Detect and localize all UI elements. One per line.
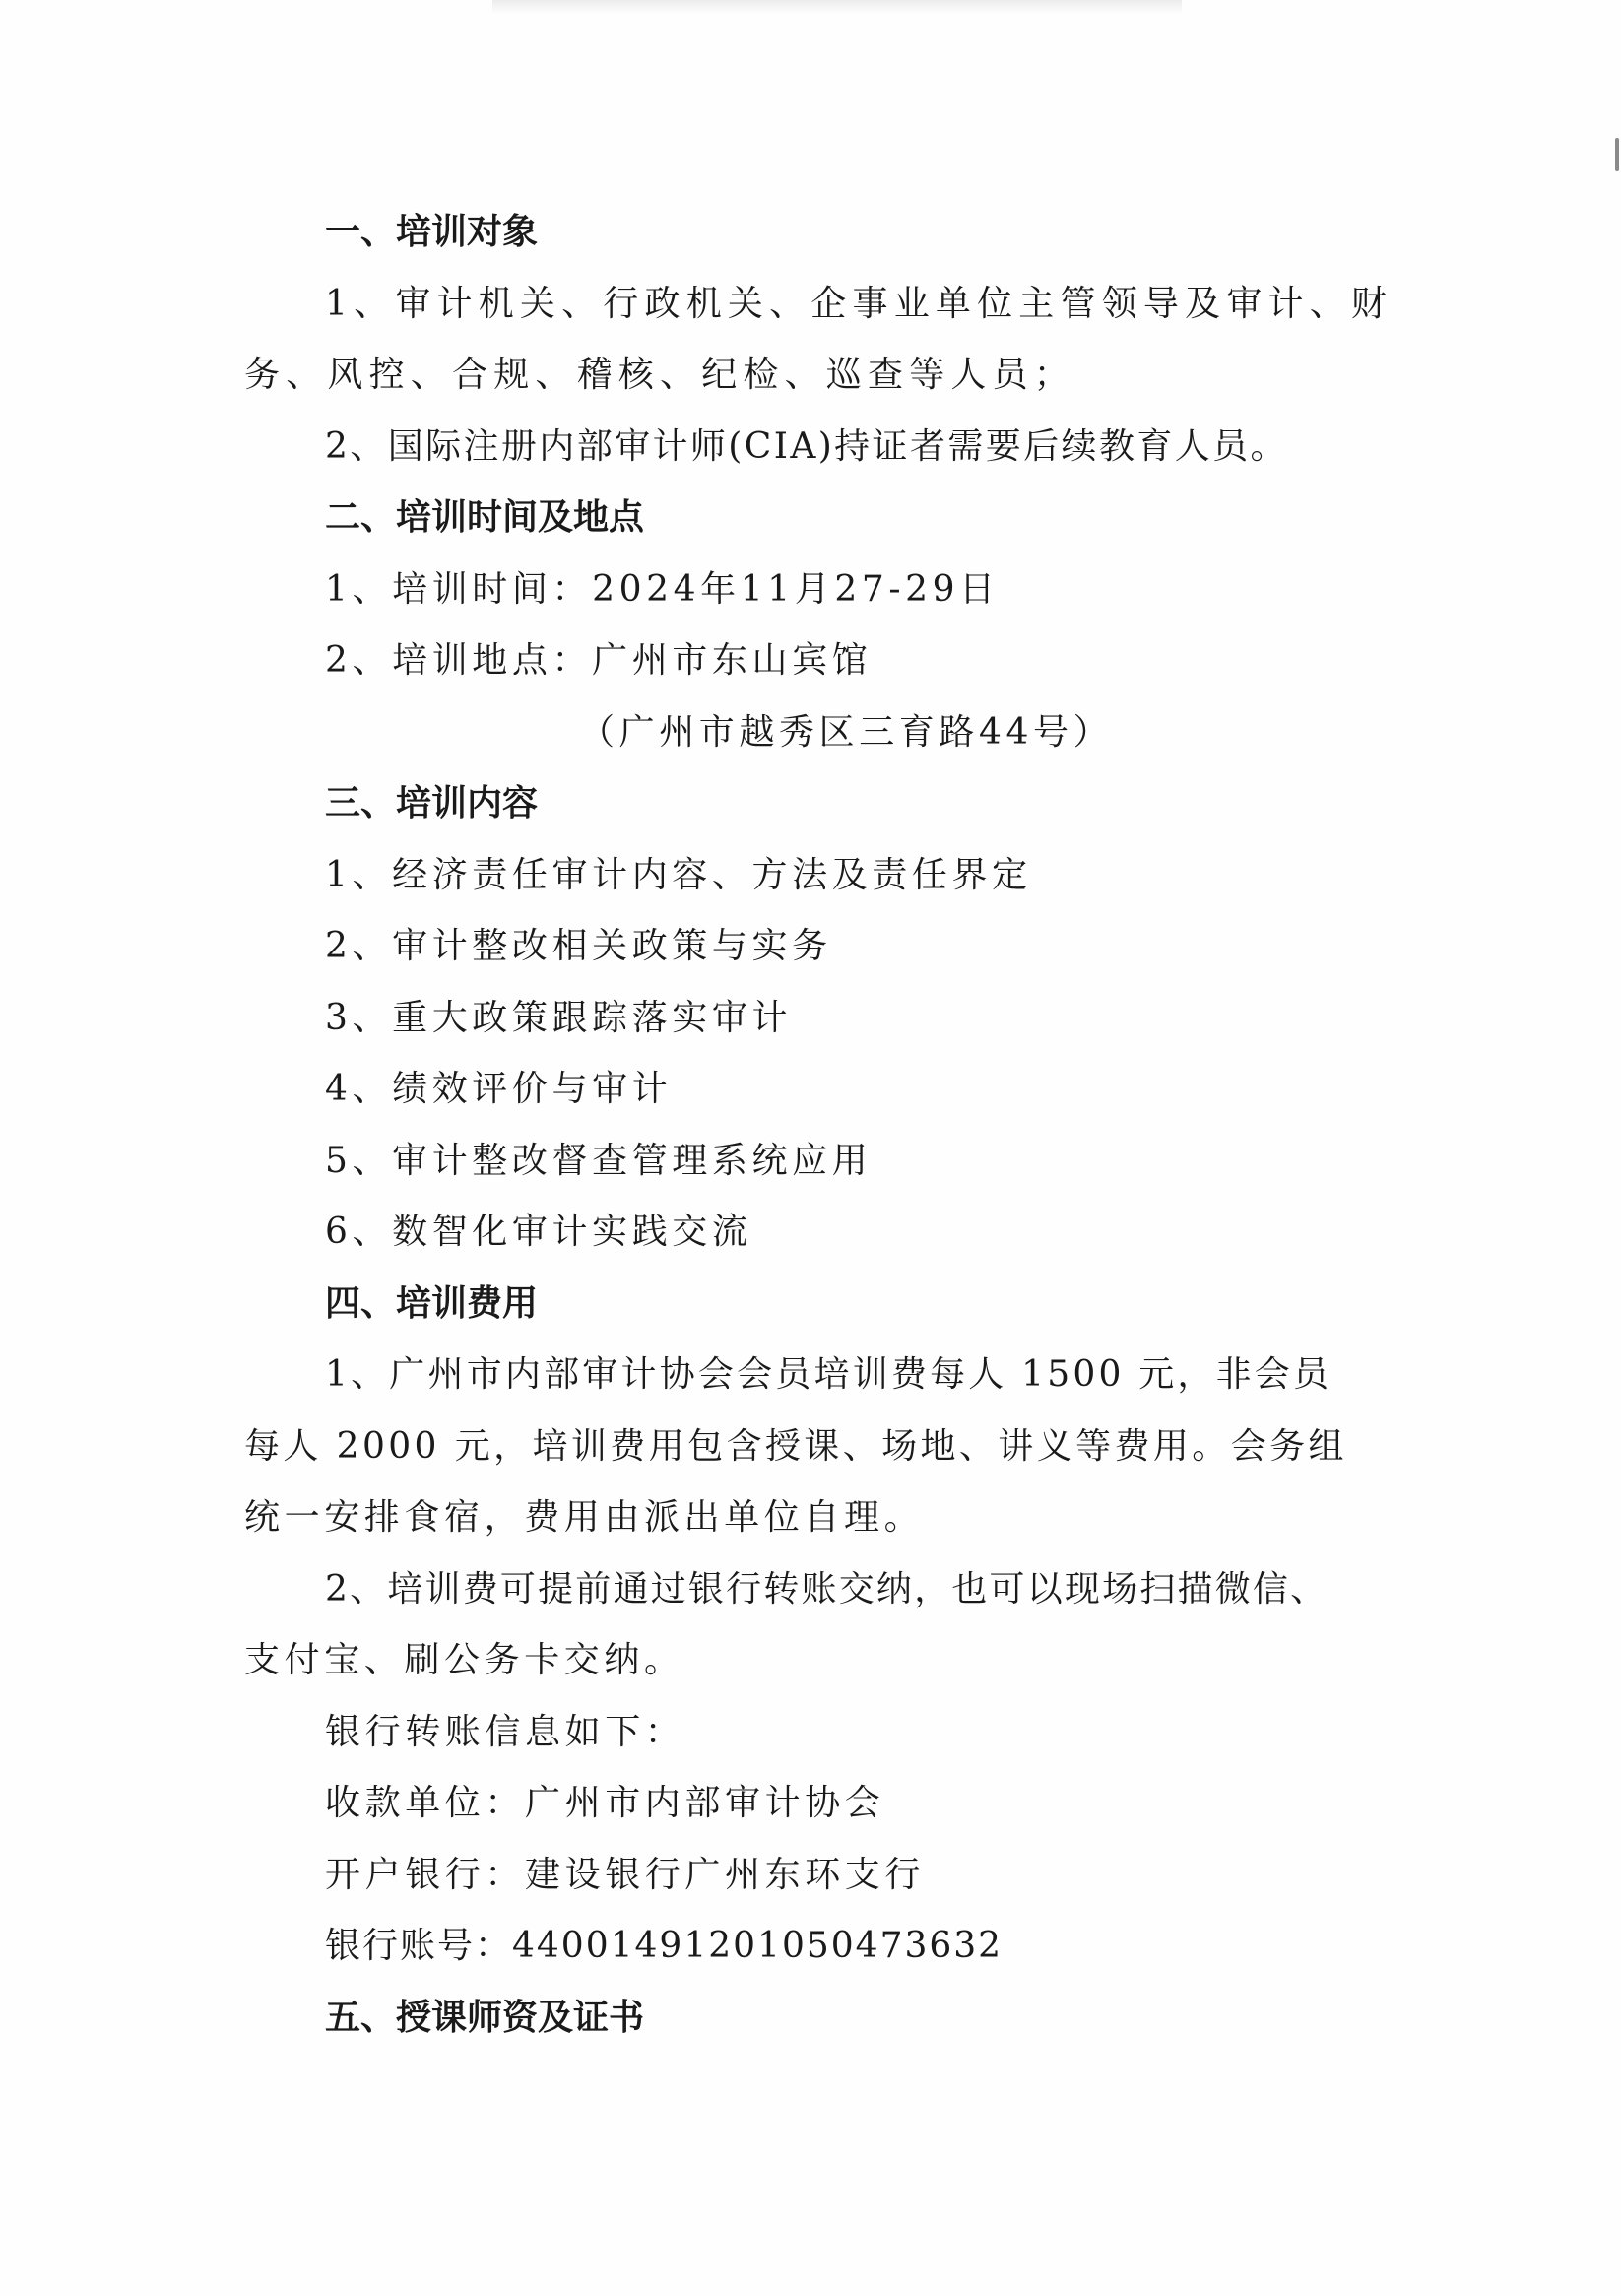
paragraph-line: 1、审计机关、行政机关、企事业单位主管领导及审计、财 — [244, 269, 1387, 341]
section-heading-time-location: 二、培训时间及地点 — [244, 483, 1387, 555]
content-item: 5、审计整改督查管理系统应用 — [244, 1126, 1387, 1198]
content-item: 6、数智化审计实践交流 — [244, 1197, 1387, 1269]
paragraph-line: 1、广州市内部审计协会会员培训费每人 1500 元，非会员 — [244, 1340, 1387, 1411]
paragraph-line: 2、国际注册内部审计师(CIA)持证者需要后续教育人员。 — [244, 412, 1387, 484]
training-address-line: （广州市越秀区三育路44号） — [244, 697, 1387, 769]
content-item: 4、绩效评价与审计 — [244, 1054, 1387, 1126]
training-time-line: 1、培训时间：2024年11月27-29日 — [244, 555, 1387, 626]
bank-account-line: 银行账号：44001491201050473632 — [244, 1911, 1387, 1983]
section-heading-instructors-certificate: 五、授课师资及证书 — [244, 1983, 1387, 2055]
scan-edge-mark — [1615, 138, 1619, 171]
content-item: 3、重大政策跟踪落实审计 — [244, 983, 1387, 1055]
paragraph-line: 统一安排食宿，费用由派出单位自理。 — [244, 1482, 1387, 1554]
scanned-page: 一、培训对象 1、审计机关、行政机关、企事业单位主管领导及审计、财 务、风控、合… — [0, 0, 1621, 2296]
bank-info-label: 银行转账信息如下： — [244, 1697, 1387, 1769]
paragraph-line: 支付宝、刷公务卡交纳。 — [244, 1625, 1387, 1697]
document-body: 一、培训对象 1、审计机关、行政机关、企事业单位主管领导及审计、财 务、风控、合… — [244, 197, 1387, 2054]
paragraph-line: 2、培训费可提前通过银行转账交纳，也可以现场扫描微信、 — [244, 1554, 1387, 1626]
content-item: 1、经济责任审计内容、方法及责任界定 — [244, 840, 1387, 912]
content-item: 2、审计整改相关政策与实务 — [244, 911, 1387, 983]
bank-name-line: 开户银行：建设银行广州东环支行 — [244, 1840, 1387, 1912]
section-heading-target-audience: 一、培训对象 — [244, 197, 1387, 269]
paragraph-line: 每人 2000 元，培训费用包含授课、场地、讲义等费用。会务组 — [244, 1411, 1387, 1483]
paragraph-line: 务、风控、合规、稽核、纪检、巡查等人员； — [244, 340, 1387, 412]
bank-payee-line: 收款单位：广州市内部审计协会 — [244, 1768, 1387, 1840]
scan-shadow — [492, 0, 1182, 14]
section-heading-content: 三、培训内容 — [244, 768, 1387, 840]
section-heading-fees: 四、培训费用 — [244, 1269, 1387, 1341]
training-venue-line: 2、培训地点：广州市东山宾馆 — [244, 625, 1387, 697]
